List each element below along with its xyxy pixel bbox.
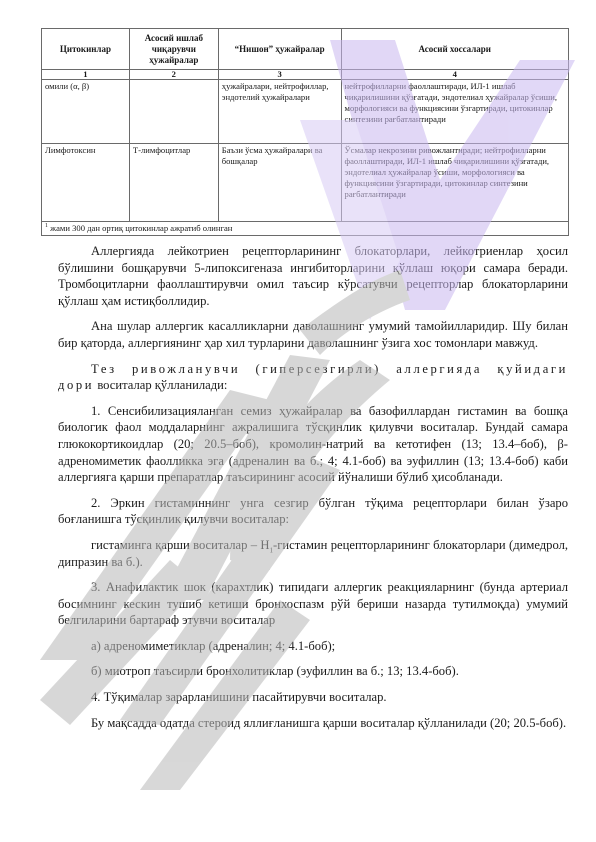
table-header-row: Цитокинлар Асосий ишлаб чиқарувчи ҳужайр… [42,29,569,70]
cell-target: ҳужайралари, нейтрофиллар, эндотелий ҳуж… [218,80,341,144]
footnote-mark: 1 [45,223,48,229]
cell-target: Баъзи ўсма ҳужайралари ва бошқалар [218,144,341,222]
cell-cytokine: омили (α, β) [42,80,130,144]
document-page: Цитокинлар Асосий ишлаб чиқарувчи ҳужайр… [0,0,596,842]
col-number: 2 [129,70,218,80]
cell-properties: нейтрофилларни фаоллаштиради, ИЛ-1 ишлаб… [341,80,568,144]
footnote-text: жами 300 дан ортиқ цитокинлар ажратиб ол… [50,223,232,233]
paragraph: Бу мақсадда одатда стероид яллиғланишга … [58,715,568,732]
paragraph: 4. Тўқималар зарарланишини пасайтирувчи … [58,689,568,706]
paragraph: 2. Эркин гистаминнинг унга сезгир бўлган… [58,495,568,528]
paragraph: Тез ривожланувчи (гиперсезгирли) аллерги… [58,361,568,394]
paragraph-text: гистаминга қарши воситалар – H [91,538,270,552]
header-producer-cells: Асосий ишлаб чиқарувчи ҳужайралар [129,29,218,70]
table-row: Лимфотоксин Т-лимфоцитлар Баъзи ўсма ҳуж… [42,144,569,222]
paragraph-text: воситалар қўлланилади: [97,378,227,392]
header-main-properties: Асосий хоссалари [341,29,568,70]
body-text: Аллергияда лейкотриен рецепторларининг б… [58,243,568,731]
table-footnote: 1 жами 300 дан ортиқ цитокинлар ажратиб … [42,222,569,236]
table-footnote-row: 1 жами 300 дан ортиқ цитокинлар ажратиб … [42,222,569,236]
paragraph: 3. Анафилактик шок (карахтлик) типидаги … [58,579,568,629]
col-number: 1 [42,70,130,80]
header-cytokines: Цитокинлар [42,29,130,70]
table-number-row: 1 2 3 4 [42,70,569,80]
cytokines-table: Цитокинлар Асосий ишлаб чиқарувчи ҳужайр… [41,28,569,236]
list-item: а) адреномиметиклар (адреналин; 4; 4.1-б… [58,638,568,655]
col-number: 4 [341,70,568,80]
list-item: б) миотроп таъсирли бронхолитиклар (эуфи… [58,663,568,680]
cell-producer [129,80,218,144]
cell-producer: Т-лимфоцитлар [129,144,218,222]
header-target-cells: “Нишон” ҳужайралар [218,29,341,70]
cell-cytokine: Лимфотоксин [42,144,130,222]
table-row: омили (α, β) ҳужайралари, нейтрофиллар, … [42,80,569,144]
paragraph: Ана шулар аллергик касалликларни даволаш… [58,318,568,351]
paragraph: гистаминга қарши воситалар – H1-гистамин… [58,537,568,570]
paragraph: 1. Сенсибилизацияланган семиз ҳужайралар… [58,403,568,486]
paragraph: Аллергияда лейкотриен рецепторларининг б… [58,243,568,309]
cell-properties: Ўсмалар некрозини ривожлантиради; нейтро… [341,144,568,222]
col-number: 3 [218,70,341,80]
